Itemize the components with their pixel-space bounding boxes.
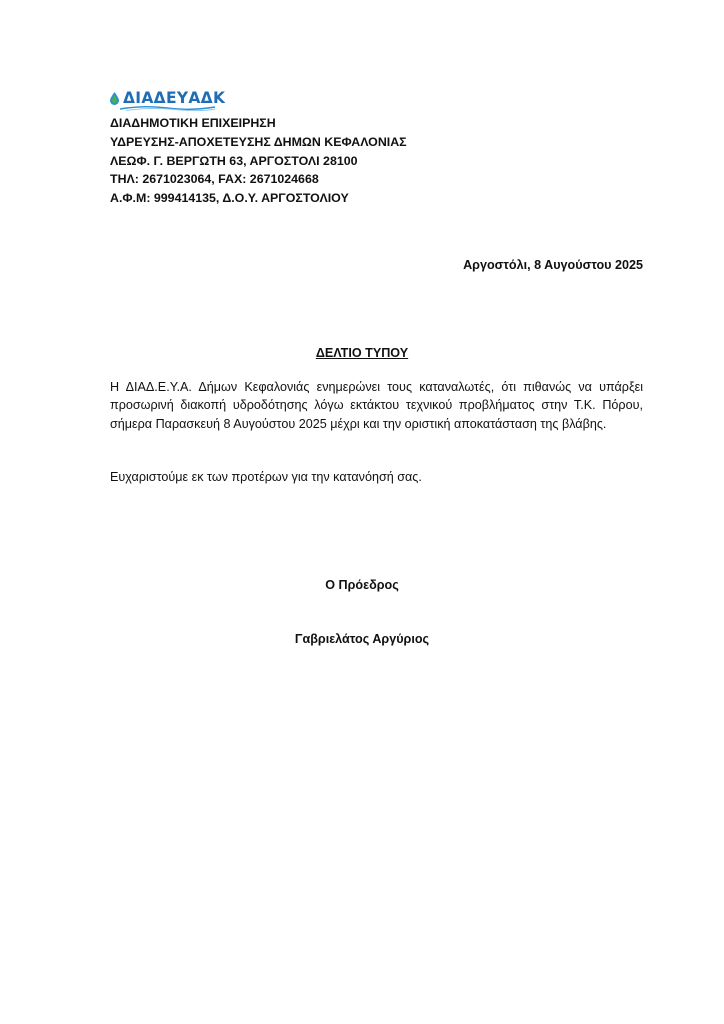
document-title-text: ΔΕΛΤΙΟ ΤΥΠΟΥ — [316, 346, 408, 360]
letterhead-tax-id: Α.Φ.Μ: 999414135, Δ.Ο.Υ. ΑΡΓΟΣΤΟΛΙΟΥ — [110, 189, 407, 208]
letterhead-address: ΛΕΩΦ. Γ. ΒΕΡΓΩΤΗ 63, ΑΡΓΟΣΤΟΛΙ 28100 — [110, 152, 407, 171]
signature-name: Γαβριελάτος Αργύριος — [0, 632, 724, 646]
letterhead-company-subtitle: ΥΔΡΕΥΣΗΣ-ΑΠΟΧΕΤΕΥΣΗΣ ΔΗΜΩΝ ΚΕΦΑΛΟΝΙΑΣ — [110, 133, 407, 152]
logo-wave-icon — [120, 105, 215, 111]
document-title: ΔΕΛΤΙΟ ΤΥΠΟΥ — [0, 346, 724, 360]
signature-role: Ο Πρόεδρος — [0, 578, 724, 592]
water-drop-icon — [110, 92, 119, 105]
date-line: Αργοστόλι, 8 Αυγούστου 2025 — [463, 258, 643, 272]
document-page: ΔΙΑΔΕΥΑΔΚ ΔΙΑΔΗΜΟΤΙΚΗ ΕΠΙΧΕΙΡΗΣΗ ΥΔΡΕΥΣΗ… — [0, 0, 724, 1024]
letterhead: ΔΙΑΔΗΜΟΤΙΚΗ ΕΠΙΧΕΙΡΗΣΗ ΥΔΡΕΥΣΗΣ-ΑΠΟΧΕΤΕΥ… — [110, 114, 407, 208]
letterhead-company: ΔΙΑΔΗΜΟΤΙΚΗ ΕΠΙΧΕΙΡΗΣΗ — [110, 114, 407, 133]
thanks-paragraph: Ευχαριστούμε εκ των προτέρων για την κατ… — [110, 470, 422, 484]
letterhead-phone-fax: ΤΗΛ: 2671023064, FAX: 2671024668 — [110, 170, 407, 189]
logo-text: ΔΙΑΔΕΥΑΔΚ — [123, 90, 225, 106]
body-paragraph: Η ΔΙΑΔ.Ε.Υ.Α. Δήμων Κεφαλονιάς ενημερώνε… — [110, 378, 643, 433]
company-logo: ΔΙΑΔΕΥΑΔΚ — [110, 86, 225, 110]
